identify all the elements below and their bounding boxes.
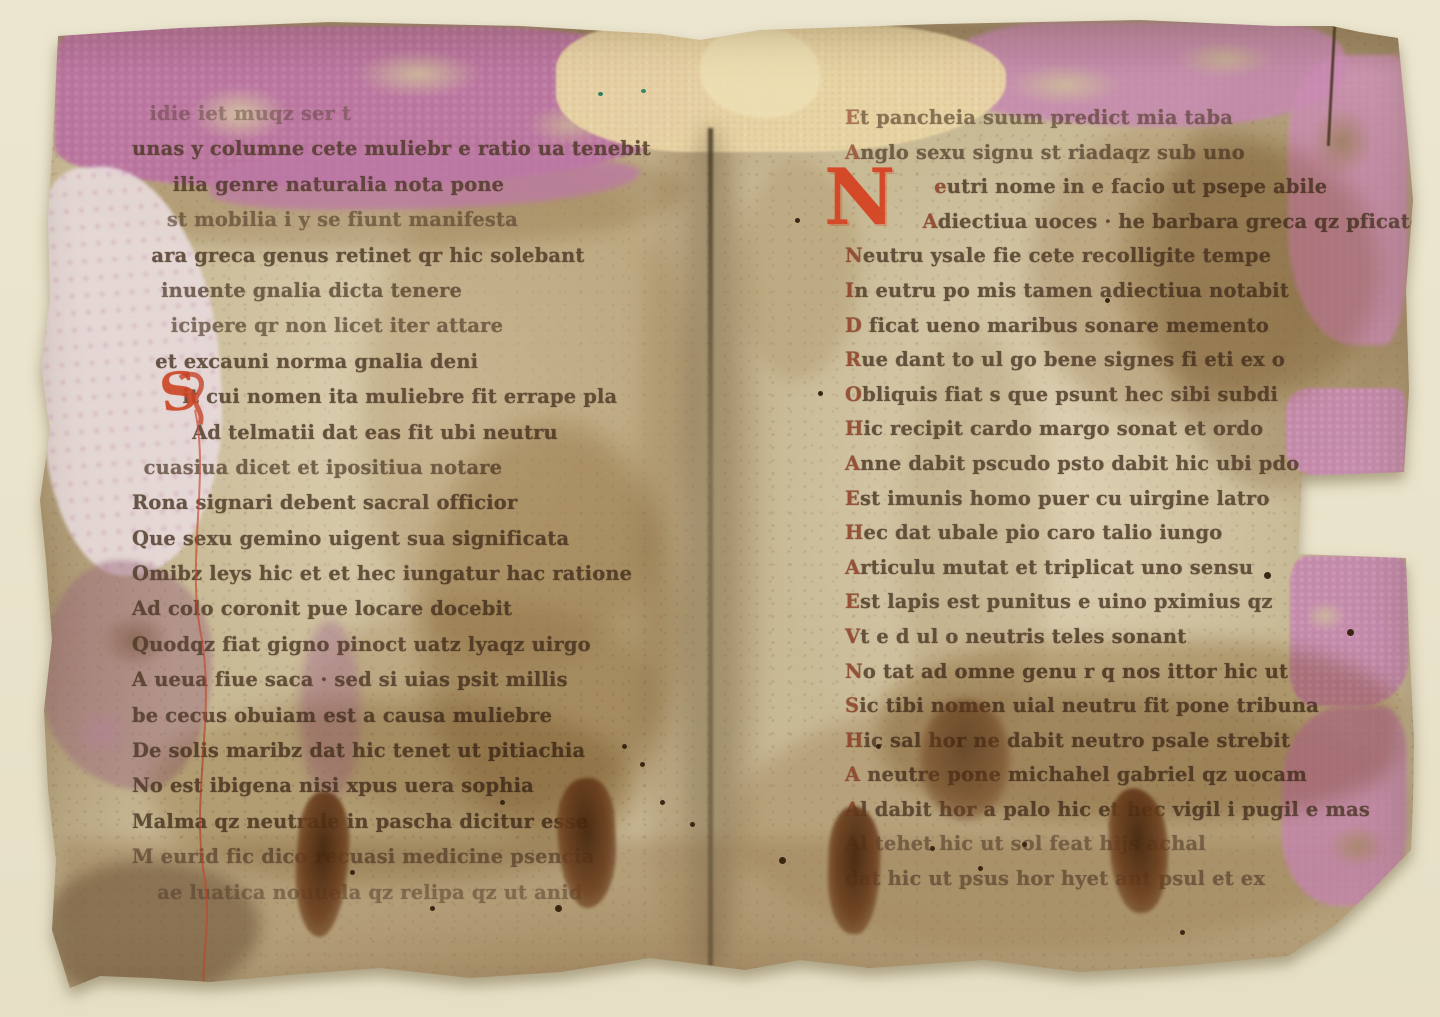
manuscript-line: Est imunis homo puer cu uirgine latro <box>845 481 1427 516</box>
manuscript-line: Anglo sexu signu st riadaqz sub uno <box>845 135 1427 170</box>
manuscript-line: No est ibigena nisi xpus uera sophia <box>132 768 714 803</box>
manuscript-line: ara greca genus retinet qr hic solebant <box>132 238 714 273</box>
manuscript-line: ae luatica nouuela qz relipa qz ut anid <box>132 875 714 910</box>
manuscript-line: In eutru po mis tamen adiectiua notabit <box>845 273 1427 308</box>
manuscript-line: Articulu mutat et triplicat uno sensu <box>845 550 1427 585</box>
manuscript-line: A ueua fiue saca · sed si uias psit mill… <box>132 662 714 697</box>
manuscript-line: Que sexu gemino uigent sua significata <box>132 521 714 556</box>
manuscript-line: No tat ad omne genu r q nos ittor hic ut <box>845 654 1427 689</box>
manuscript-line: icipere qr non licet iter attare <box>132 308 714 343</box>
top-edge-grime <box>55 20 1405 65</box>
manuscript-line: Et pancheia suum predict mia taba <box>845 100 1427 135</box>
manuscript-line: ilia genre naturalia nota pone <box>132 167 714 202</box>
manuscript-line: Est lapis est punitus e uino pximius qz <box>845 584 1427 619</box>
manuscript-line: unas y columne cete muliebr e ratio ua t… <box>132 131 714 166</box>
manuscript-line: Hec dat ubale pio caro talio iungo <box>845 515 1427 550</box>
dark-glue-blotch <box>826 805 882 935</box>
manuscript-line: Ad telmatii dat eas fit ubi neutru <box>132 415 714 450</box>
manuscript-line: Quodqz fiat gigno pinoct uatz lyaqz uirg… <box>132 627 714 662</box>
manuscript-line: et excauni norma gnalia deni <box>132 344 714 379</box>
manuscript-line: Anne dabit pscudo psto dabit hic ubi pdo <box>845 446 1427 481</box>
manuscript-line: inuente gnalia dicta tenere <box>132 273 714 308</box>
manuscript-line: Vt e d ul o neutris teles sonant <box>845 619 1427 654</box>
manuscript-line: eutri nome in e facio ut psepe abile <box>845 169 1427 204</box>
manuscript-line: Malma qz neutrale in pascha dicitur esse <box>132 804 714 839</box>
manuscript-line: idie iet muqz ser t <box>132 96 714 131</box>
parchment-sheet: idie iet muqz ser t unas y columne cete … <box>0 0 1440 1017</box>
manuscript-line: st mobilia i y se fiunt manifesta <box>132 202 714 237</box>
manuscript-line: Hic recipit cardo margo sonat et ordo <box>845 411 1427 446</box>
manuscript-line: be cecus obuiam est a causa muliebre <box>132 698 714 733</box>
manuscript-leaf: idie iet muqz ser t unas y columne cete … <box>0 0 1440 1017</box>
photo-backdrop: idie iet muqz ser t unas y columne cete … <box>0 0 1440 1017</box>
wormholes <box>795 218 800 223</box>
manuscript-line: Omibz leys hic et et hec iungatur hac ra… <box>132 556 714 591</box>
red-initial-right-page: N <box>824 152 895 243</box>
manuscript-line: Rue dant to ul go bene signes fi eti ex … <box>845 342 1427 377</box>
manuscript-line: Obliquis fiat s que psunt hec sibi subdi <box>845 377 1427 412</box>
manuscript-line: M eurid fic dico recuasi medicine psenci… <box>132 839 714 874</box>
manuscript-line: Adiectiua uoces · he barbara greca qz pf… <box>845 204 1427 239</box>
page-left-text-block: idie iet muqz ser t unas y columne cete … <box>132 96 732 910</box>
dark-glue-blotch <box>920 700 1010 820</box>
manuscript-line: Neutru ysale fie cete recolligite tempe <box>845 238 1427 273</box>
manuscript-line: it cui nomen ita muliebre fit errape pla <box>132 379 714 414</box>
manuscript-line: Ad colo coronit pue locare docebit <box>132 591 714 626</box>
manuscript-line: De solis maribz dat hic tenet ut pitiach… <box>132 733 714 768</box>
manuscript-line: Rona signari debent sacral officior <box>132 485 714 520</box>
manuscript-line: D ficat ueno maribus sonare memento <box>845 308 1427 343</box>
manuscript-line: cuasiua dicet et ipositiua notare <box>132 450 714 485</box>
green-pigment-specks <box>598 92 603 96</box>
